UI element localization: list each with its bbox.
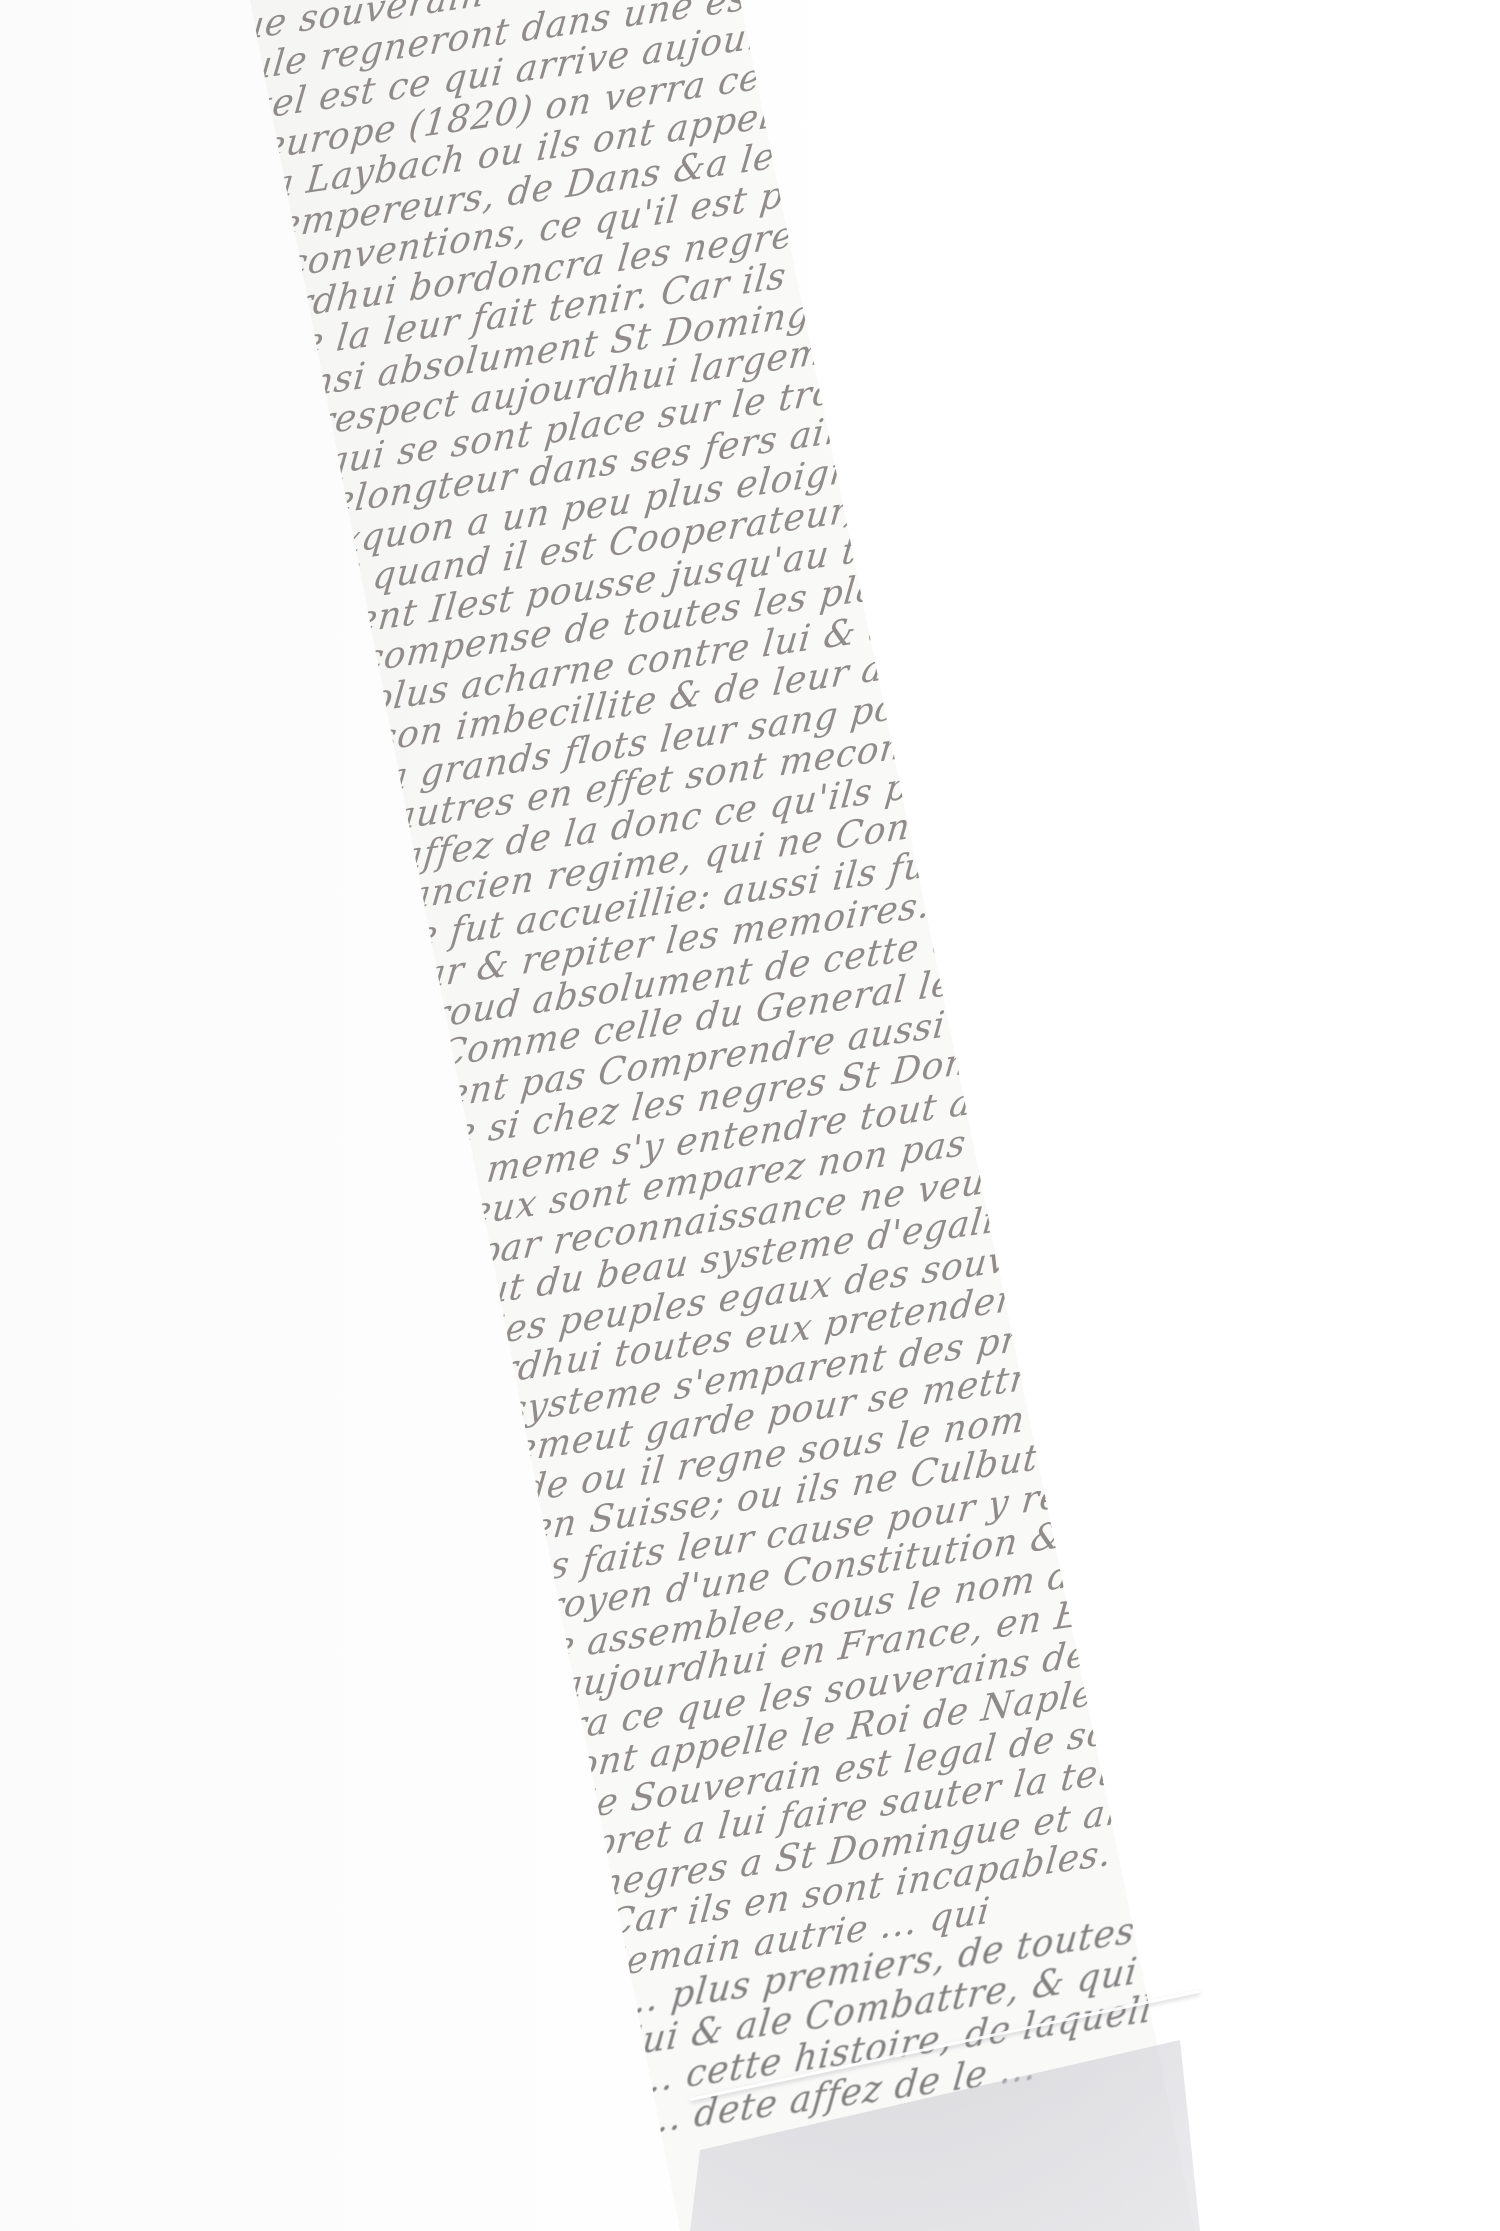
handwritten-text-block: ue souverain - ses ...ule regneront dans…	[0, 0, 1500, 2231]
photo-background: ue souverain - ses ...ule regneront dans…	[0, 0, 1500, 2231]
